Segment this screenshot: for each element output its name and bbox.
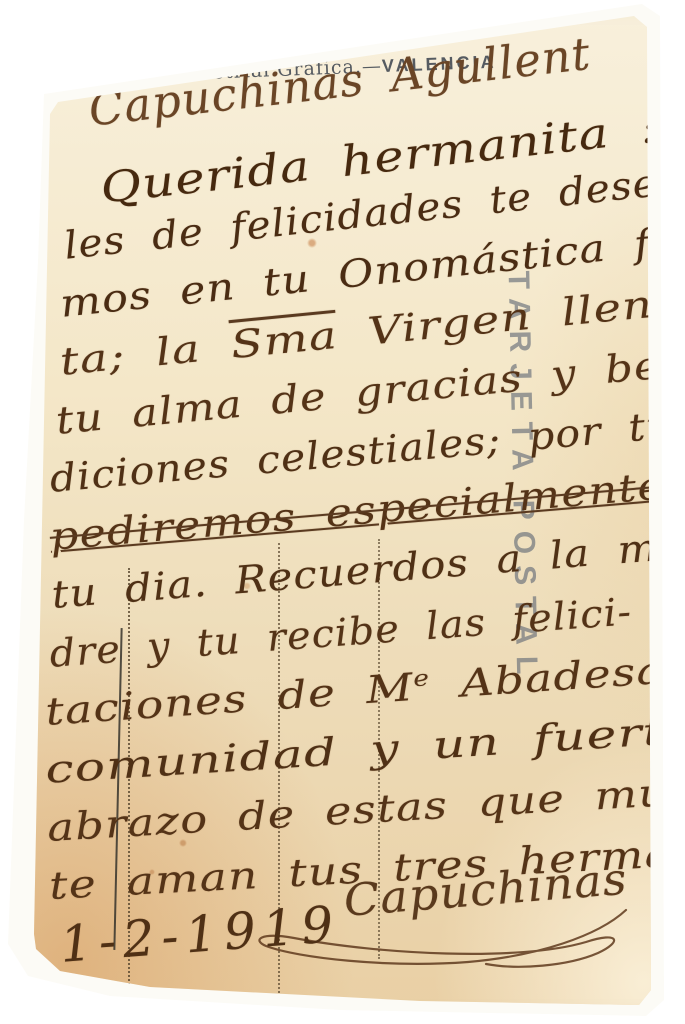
postcard-back: Foto-Industrial Gráfica.—VALENCIA TARJET… (0, 0, 685, 1024)
abbreviation-santisima: Sma (229, 313, 340, 367)
postcard-photo: Foto-Industrial Gráfica.—VALENCIA TARJET… (0, 0, 685, 1024)
message-text: ta; la (58, 323, 233, 384)
message-text: taciones de M (44, 665, 415, 734)
message-text: en (663, 456, 685, 507)
message-text: Abadesa y (429, 644, 685, 708)
superscript-e: e (412, 666, 431, 692)
